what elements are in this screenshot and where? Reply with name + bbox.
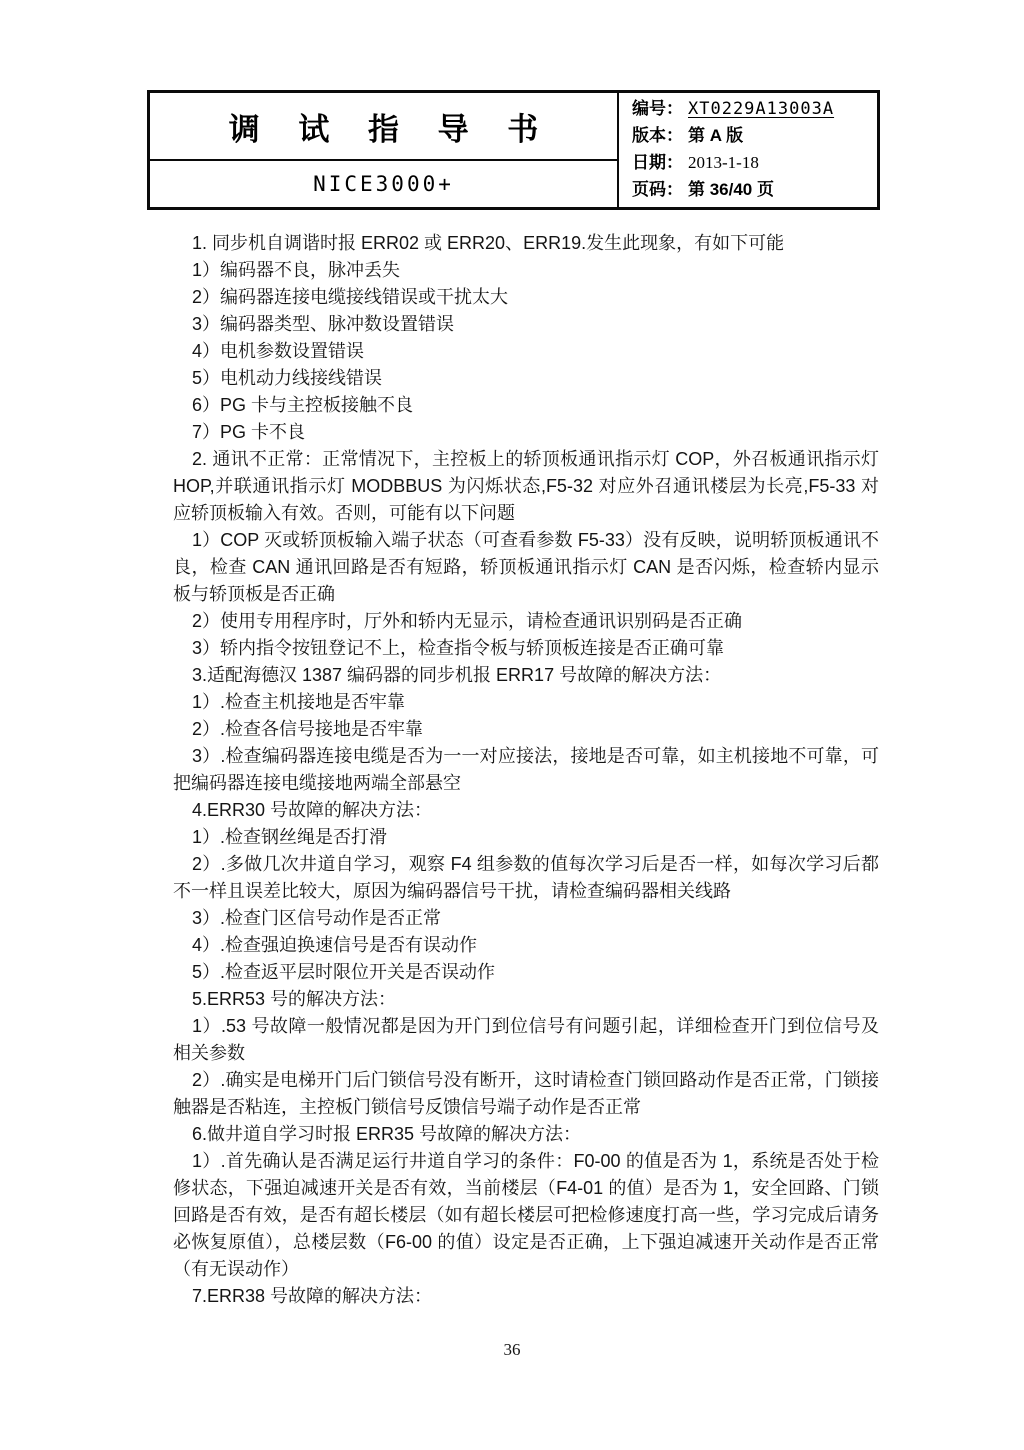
doc-number-row: 编号： XT0229A13003A [632,100,871,119]
header-table: 调 试 指 导 书 NICE3000+ 编号： XT0229A13003A 版本… [147,90,880,210]
header-left-column: 调 试 指 导 书 NICE3000+ [150,93,619,207]
header-right-column: 编号： XT0229A13003A 版本： 第 A 版 日期： 2013-1-1… [619,93,877,207]
body-paragraph: 1）.53 号故障一般情况都是因为开门到位信号有问题引起，详细检查开门到位信号及… [173,1013,879,1067]
doc-number-label: 编号： [632,100,683,119]
body-paragraph: 5）.检查返平层时限位开关是否误动作 [173,959,879,986]
body-paragraph: 7）PG 卡不良 [173,419,879,446]
body-paragraph: 1）.首先确认是否满足运行井道自学习的条件：F0-00 的值是否为 1，系统是否… [173,1148,879,1283]
body-paragraph: 5）电机动力线接线错误 [173,365,879,392]
page-number: 36 [0,1340,1024,1360]
body-paragraph: 3）编码器类型、脉冲数设置错误 [173,311,879,338]
doc-date-row: 日期： 2013-1-18 [632,154,871,173]
body-text: 1. 同步机自调谐时报 ERR02 或 ERR20、ERR19.发生此现象，有如… [173,230,879,1310]
body-paragraph: 3）轿内指令按钮登记不上，检查指令板与轿顶板连接是否正确可靠 [173,635,879,662]
doc-page-label: 页码： [632,181,683,200]
doc-version-row: 版本： 第 A 版 [632,127,871,146]
doc-version-value: 第 A 版 [688,127,743,146]
body-paragraph: 3）.检查门区信号动作是否正常 [173,905,879,932]
body-paragraph: 7.ERR38 号故障的解决方法： [173,1283,879,1310]
doc-title: 调 试 指 导 书 [229,104,553,149]
doc-page-row: 页码： 第 36/40 页 [632,181,871,200]
body-paragraph: 2）.检查各信号接地是否牢靠 [173,716,879,743]
body-paragraph: 4）电机参数设置错误 [173,338,879,365]
doc-date-value: 2013-1-18 [688,154,759,173]
body-paragraph: 2）.多做几次井道自学习，观察 F4 组参数的值每次学习后是否一样，如每次学习后… [173,851,879,905]
body-paragraph: 6.做井道自学习时报 ERR35 号故障的解决方法： [173,1121,879,1148]
body-paragraph: 5.ERR53 号的解决方法： [173,986,879,1013]
body-paragraph: 2）编码器连接电缆接线错误或干扰太大 [173,284,879,311]
body-paragraph: 1）.检查主机接地是否牢靠 [173,689,879,716]
body-paragraph: 2）.确实是电梯开门后门锁信号没有断开，这时请检查门锁回路动作是否正常，门锁接触… [173,1067,879,1121]
body-paragraph: 3）.检查编码器连接电缆是否为一一对应接法，接地是否可靠，如主机接地不可靠，可把… [173,743,879,797]
body-paragraph: 4）.检查强迫换速信号是否有误动作 [173,932,879,959]
doc-number-value: XT0229A13003A [688,100,834,119]
doc-model: NICE3000+ [313,172,454,196]
doc-title-cell: 调 试 指 导 书 [150,93,617,161]
doc-date-label: 日期： [632,154,683,173]
body-paragraph: 1）编码器不良，脉冲丢失 [173,257,879,284]
document-page: 调 试 指 导 书 NICE3000+ 编号： XT0229A13003A 版本… [0,0,1024,1450]
body-paragraph: 3.适配海德汉 1387 编码器的同步机报 ERR17 号故障的解决方法： [173,662,879,689]
body-paragraph: 2）使用专用程序时，厅外和轿内无显示，请检查通讯识别码是否正确 [173,608,879,635]
body-paragraph: 1）.检查钢丝绳是否打滑 [173,824,879,851]
doc-model-cell: NICE3000+ [150,161,617,207]
doc-page-value: 第 36/40 页 [688,181,774,200]
body-paragraph: 6）PG 卡与主控板接触不良 [173,392,879,419]
body-paragraph: 1）COP 灭或轿顶板输入端子状态（可查看参数 F5-33）没有反映，说明轿顶板… [173,527,879,608]
body-paragraph: 4.ERR30 号故障的解决方法： [173,797,879,824]
body-paragraph: 2. 通讯不正常：正常情况下，主控板上的轿顶板通讯指示灯 COP，外召板通讯指示… [173,446,879,527]
body-paragraph: 1. 同步机自调谐时报 ERR02 或 ERR20、ERR19.发生此现象，有如… [173,230,879,257]
doc-version-label: 版本： [632,127,683,146]
